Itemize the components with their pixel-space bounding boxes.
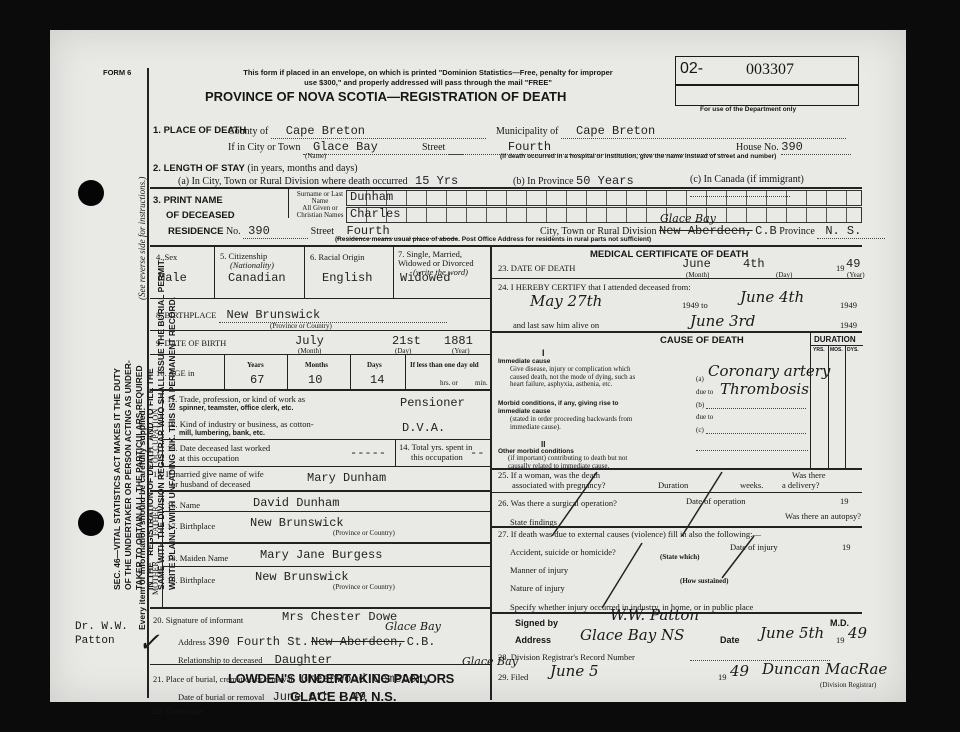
death-year-field[interactable]: 49 — [846, 257, 860, 271]
death-registration-form: SEC. 46—VITAL STATISTICS ACT MAKES IT TH… — [50, 30, 906, 702]
mailing-notice: This form if placed in an envelope, on w… — [208, 68, 648, 88]
department-note: For use of the Department only — [700, 106, 796, 113]
county-field[interactable]: Cape Breton — [271, 124, 486, 139]
punch-hole — [78, 180, 104, 206]
mother-birthplace-field[interactable]: New Brunswick — [255, 570, 349, 584]
given-names-field[interactable] — [346, 207, 862, 223]
age-months-field[interactable]: 10 — [308, 373, 322, 387]
cause-of-death-header: CAUSE OF DEATH — [660, 335, 744, 346]
physician-margin-note: Dr. W.W. Patton — [75, 620, 128, 648]
margin-divider — [147, 68, 149, 698]
form-number: FORM 6 — [103, 68, 131, 77]
occupation-section-label: OCCUPATION — [151, 408, 160, 463]
father-section-label: FATHER — [151, 506, 160, 536]
registration-number-box: 02- 003307 — [675, 56, 859, 106]
instructions-note: (See reverse side for instructions.) — [137, 177, 147, 300]
registrar-signature-field[interactable]: Duncan MacRae — [762, 660, 887, 678]
form-title: PROVINCE OF NOVA SCOTIA—REGISTRATION OF … — [205, 89, 566, 104]
spouse-name-field[interactable]: Mary Dunham — [307, 471, 386, 485]
filed-date-field[interactable]: June 5 — [550, 662, 599, 680]
strike-through-lines — [492, 468, 862, 608]
registration-prefix: 02- — [680, 60, 703, 78]
informant-address-correction: Glace Bay — [385, 620, 441, 633]
age-row: 10. AGE in Years 67 Months 10 Days 14 If… — [150, 355, 490, 389]
medical-certificate-header: MEDICAL CERTIFICATE OF DEATH — [590, 249, 748, 260]
house-number-field[interactable]: 390 — [781, 140, 851, 155]
racial-origin-field[interactable]: English — [322, 271, 372, 285]
age-days-field[interactable]: 14 — [370, 373, 384, 387]
duration-column: DURATION YRS. MOS. DYS. — [810, 333, 863, 468]
mother-section-label: MOTHER — [151, 561, 160, 595]
other-conditions-field[interactable] — [696, 450, 808, 451]
dob-year-field[interactable]: 1881 — [444, 334, 473, 348]
cause-b-field[interactable] — [706, 408, 806, 409]
dob-month-field[interactable]: July — [295, 334, 324, 348]
cause-a-field[interactable]: Coronary artery — [708, 362, 830, 380]
cause-c-field[interactable] — [706, 433, 806, 434]
birthplace-field[interactable]: New Brunswick — [219, 308, 447, 323]
death-month-field[interactable]: June — [682, 257, 711, 271]
attended-from-field[interactable]: May 27th — [530, 292, 602, 310]
father-name-field[interactable]: David Dunham — [253, 496, 339, 510]
industry-field[interactable]: D.V.A. — [402, 421, 445, 435]
years-spent-field[interactable]: -- — [470, 446, 484, 460]
undertaker-stamp-location: GLACE BAY, N.S. — [290, 689, 396, 704]
surname-value: Dunham — [350, 190, 393, 204]
mother-maiden-name-field[interactable]: Mary Jane Burgess — [260, 548, 382, 562]
municipality-field[interactable]: Cape Breton — [561, 124, 846, 139]
residence-city-correction: Glace Bay — [660, 212, 716, 225]
given-names-value: Charles — [350, 207, 400, 221]
informant-address-field[interactable]: 390 Fourth St. — [208, 635, 309, 649]
name-label: 3. PRINT NAME OF DECEASED — [153, 193, 235, 223]
informant-signature-field[interactable]: Mrs Chester Dowe — [282, 610, 397, 624]
residence-province-field[interactable]: N. S. — [817, 224, 885, 239]
residence-number-field[interactable]: 390 — [243, 224, 308, 239]
age-years-field[interactable]: 67 — [250, 373, 264, 387]
sex-field[interactable]: Male — [158, 271, 187, 285]
death-day-field[interactable]: 4th — [743, 257, 765, 271]
signature-date-field[interactable]: June 5th — [760, 624, 824, 642]
personal-grid: 4. Sex Male 5. Citizenship(Nationality) … — [150, 246, 490, 298]
physician-address-field[interactable]: Glace Bay NS — [580, 626, 684, 644]
physician-signature-field[interactable]: W.W. Patton — [610, 606, 699, 624]
surname-field[interactable] — [346, 190, 862, 206]
dob-day-field[interactable]: 21st — [392, 334, 421, 348]
father-birthplace-field[interactable]: New Brunswick — [250, 516, 344, 530]
punch-hole — [78, 510, 104, 536]
registration-number: 003307 — [746, 61, 794, 79]
marital-status-field[interactable]: Widowed — [400, 271, 450, 285]
attended-to-field[interactable]: June 4th — [740, 288, 804, 306]
undertaker-stamp: LOWDEN'S UNDERTAKING PARLORS — [228, 671, 454, 686]
citizenship-field[interactable]: Canadian — [228, 271, 286, 285]
trade-field[interactable]: Pensioner — [400, 396, 465, 410]
residence-city-struck[interactable]: New Aberdeen, — [659, 224, 753, 238]
last-saw-alive-field[interactable]: June 3rd — [690, 312, 755, 330]
supplied-note: Every item of information should be care… — [137, 408, 147, 630]
due-to-field[interactable]: Thrombosis — [720, 380, 809, 398]
last-worked-field[interactable]: ----- — [350, 446, 386, 460]
